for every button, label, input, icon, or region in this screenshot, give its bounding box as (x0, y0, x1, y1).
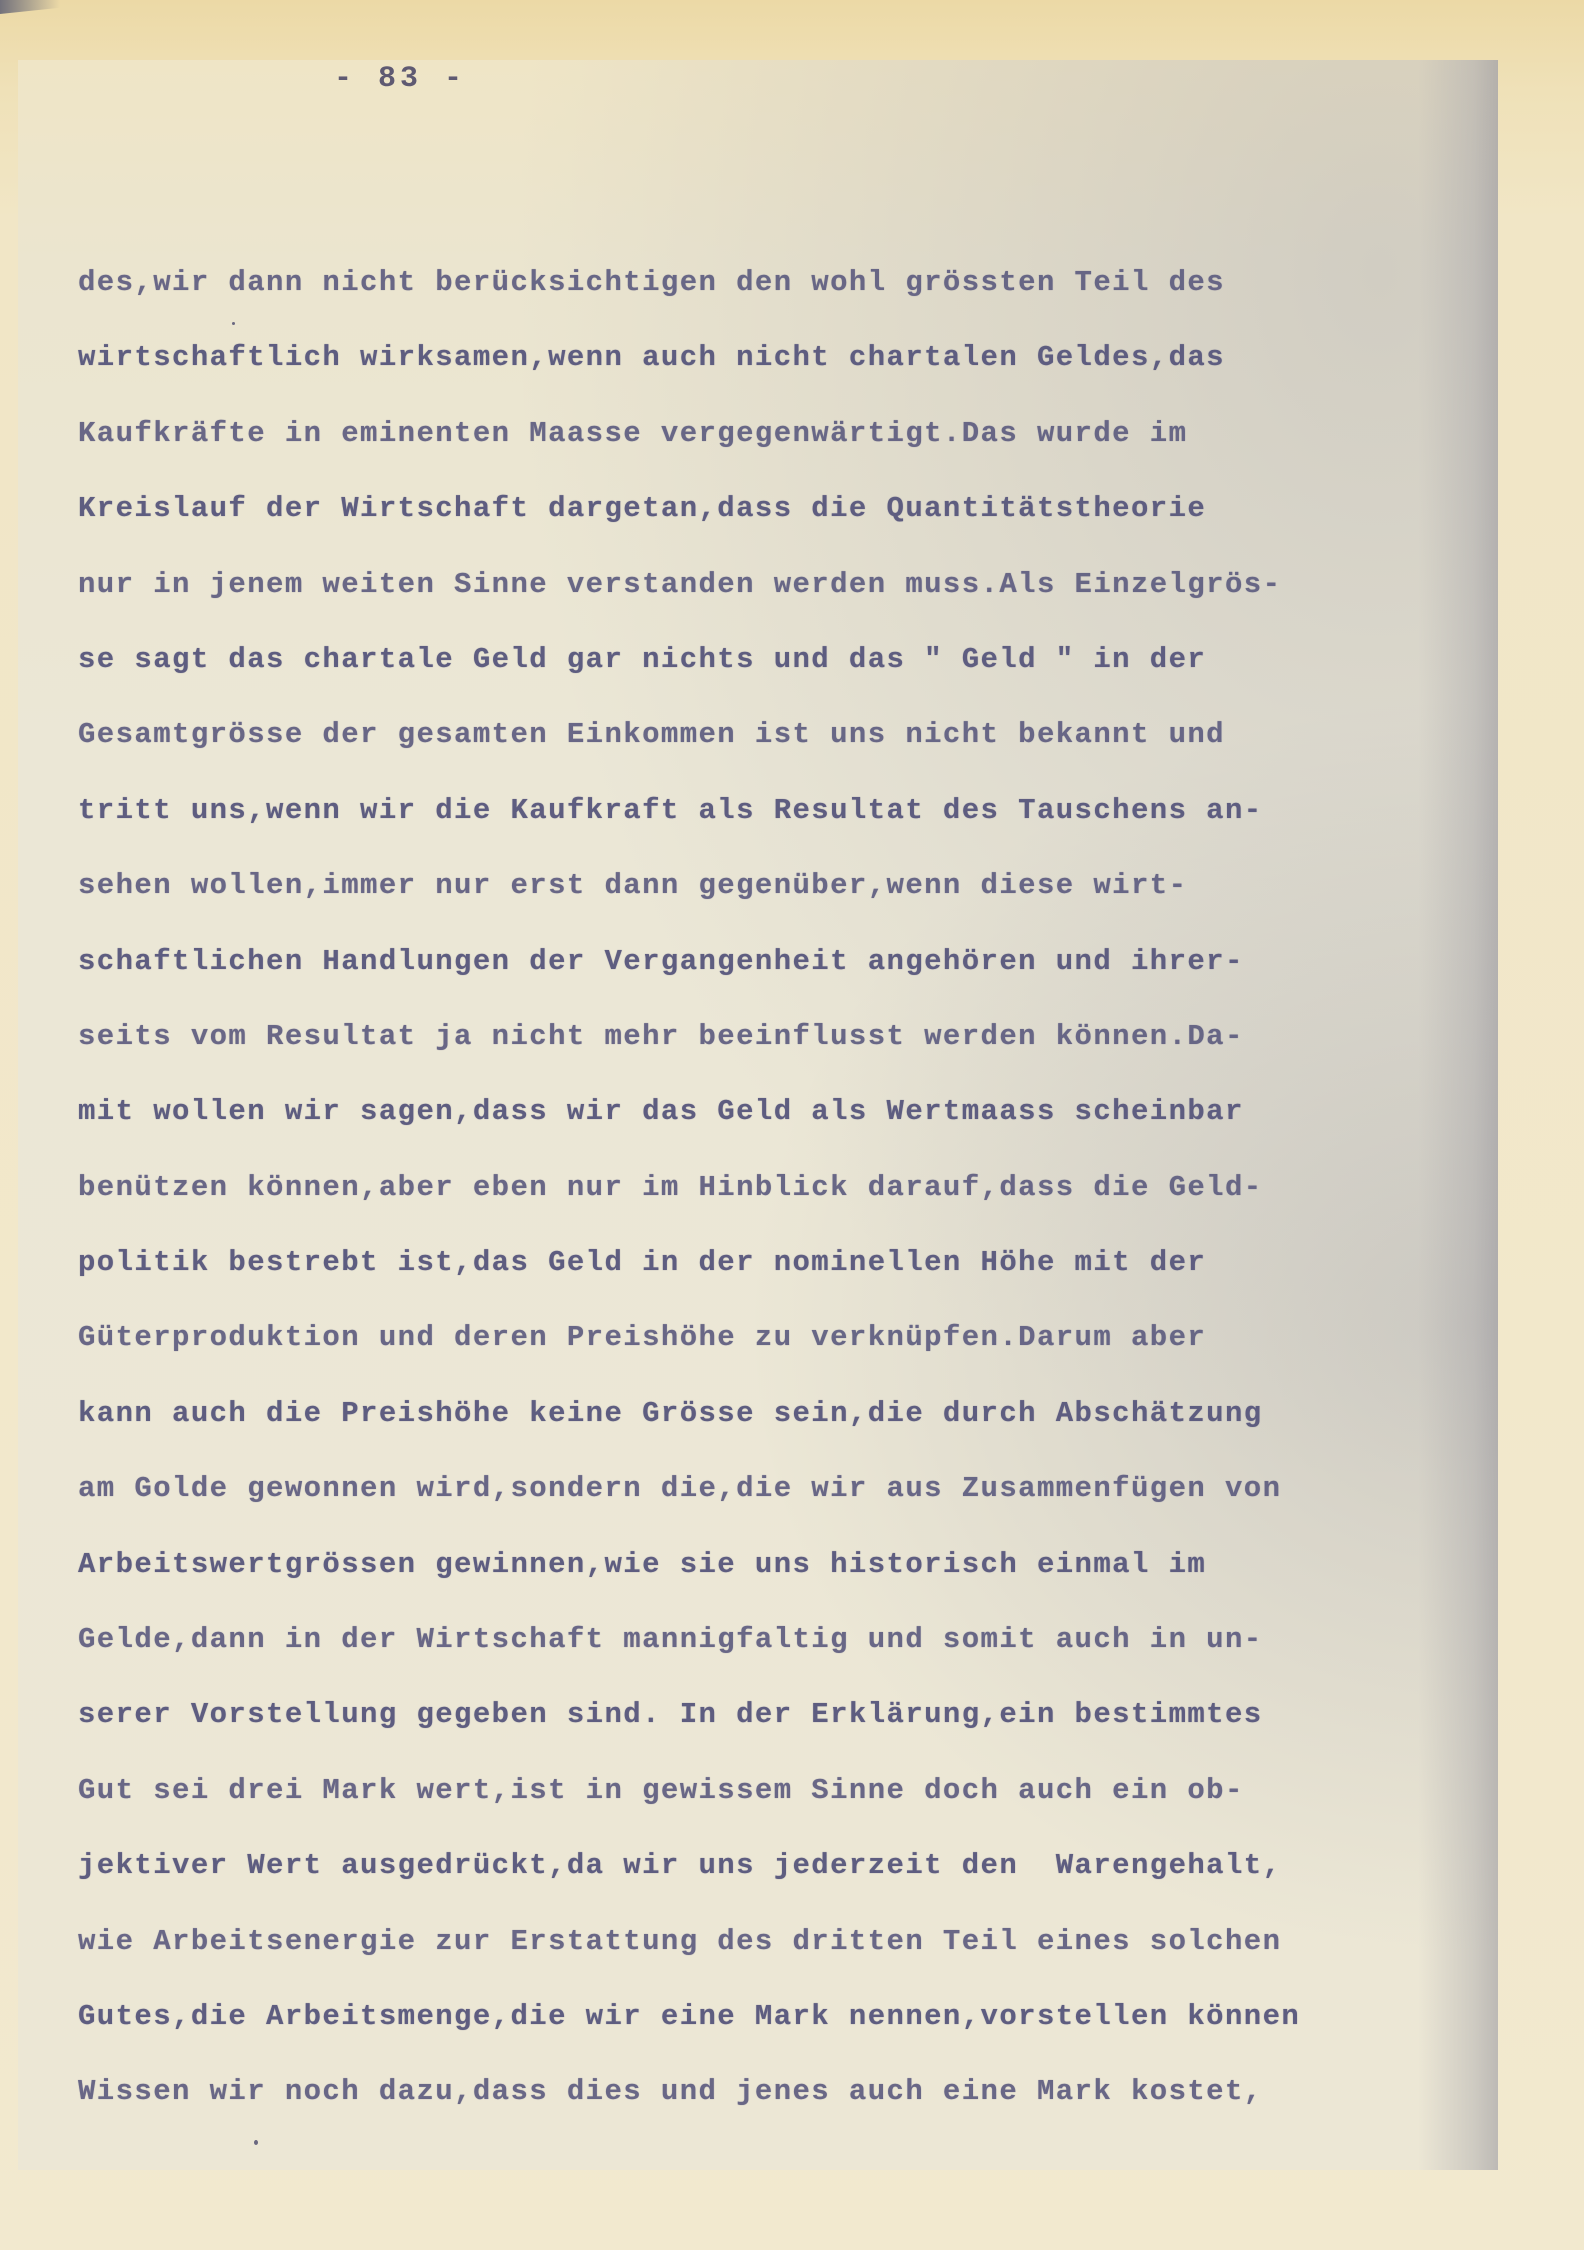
text-line: jektiver Wert ausgedrückt,da wir uns jed… (78, 1851, 1518, 1887)
text-line: mit wollen wir sagen,dass wir das Geld a… (78, 1097, 1518, 1133)
text-line: schaftlichen Handlungen der Vergangenhei… (78, 947, 1518, 983)
text-line: wie Arbeitsenergie zur Erstattung des dr… (78, 1927, 1518, 1963)
text-line: Wissen wir noch dazu,dass dies und jenes… (78, 2077, 1518, 2113)
text-line: seits vom Resultat ja nicht mehr beeinfl… (78, 1022, 1518, 1058)
text-line: Kreislauf der Wirtschaft dargetan,dass d… (78, 494, 1518, 530)
scan-background: - 83 - des,wir dann nicht berücksichtige… (0, 0, 1584, 2250)
page-number: - 83 - (300, 62, 500, 96)
text-line: kann auch die Preishöhe keine Grösse sei… (78, 1399, 1518, 1435)
ink-speck (254, 2140, 258, 2145)
body-text: des,wir dann nicht berücksichtigen den w… (78, 268, 1518, 2153)
text-line: se sagt das chartale Geld gar nichts und… (78, 645, 1518, 681)
text-line: serer Vorstellung gegeben sind. In der E… (78, 1700, 1518, 1736)
text-line: nur in jenem weiten Sinne verstanden wer… (78, 570, 1518, 606)
text-line: tritt uns,wenn wir die Kaufkraft als Res… (78, 796, 1518, 832)
text-line: wirtschaftlich wirksamen,wenn auch nicht… (78, 343, 1518, 379)
text-line: Gut sei drei Mark wert,ist in gewissem S… (78, 1776, 1518, 1812)
text-line: benützen können,aber eben nur im Hinblic… (78, 1173, 1518, 1209)
text-line: sehen wollen,immer nur erst dann gegenüb… (78, 871, 1518, 907)
text-line: Gesamtgrösse der gesamten Einkommen ist … (78, 720, 1518, 756)
text-line: politik bestrebt ist,das Geld in der nom… (78, 1248, 1518, 1284)
text-line: Gutes,die Arbeitsmenge,die wir eine Mark… (78, 2002, 1518, 2038)
text-line: Güterproduktion und deren Preishöhe zu v… (78, 1323, 1518, 1359)
text-line: Kaufkräfte in eminenten Maasse vergegenw… (78, 419, 1518, 455)
scan-corner-shadow (0, 0, 60, 14)
text-line: am Golde gewonnen wird,sondern die,die w… (78, 1474, 1518, 1510)
text-line: Gelde,dann in der Wirtschaft mannigfalti… (78, 1625, 1518, 1661)
ink-speck (232, 322, 235, 325)
text-line: Arbeitswertgrössen gewinnen,wie sie uns … (78, 1550, 1518, 1586)
text-line: des,wir dann nicht berücksichtigen den w… (78, 268, 1518, 304)
